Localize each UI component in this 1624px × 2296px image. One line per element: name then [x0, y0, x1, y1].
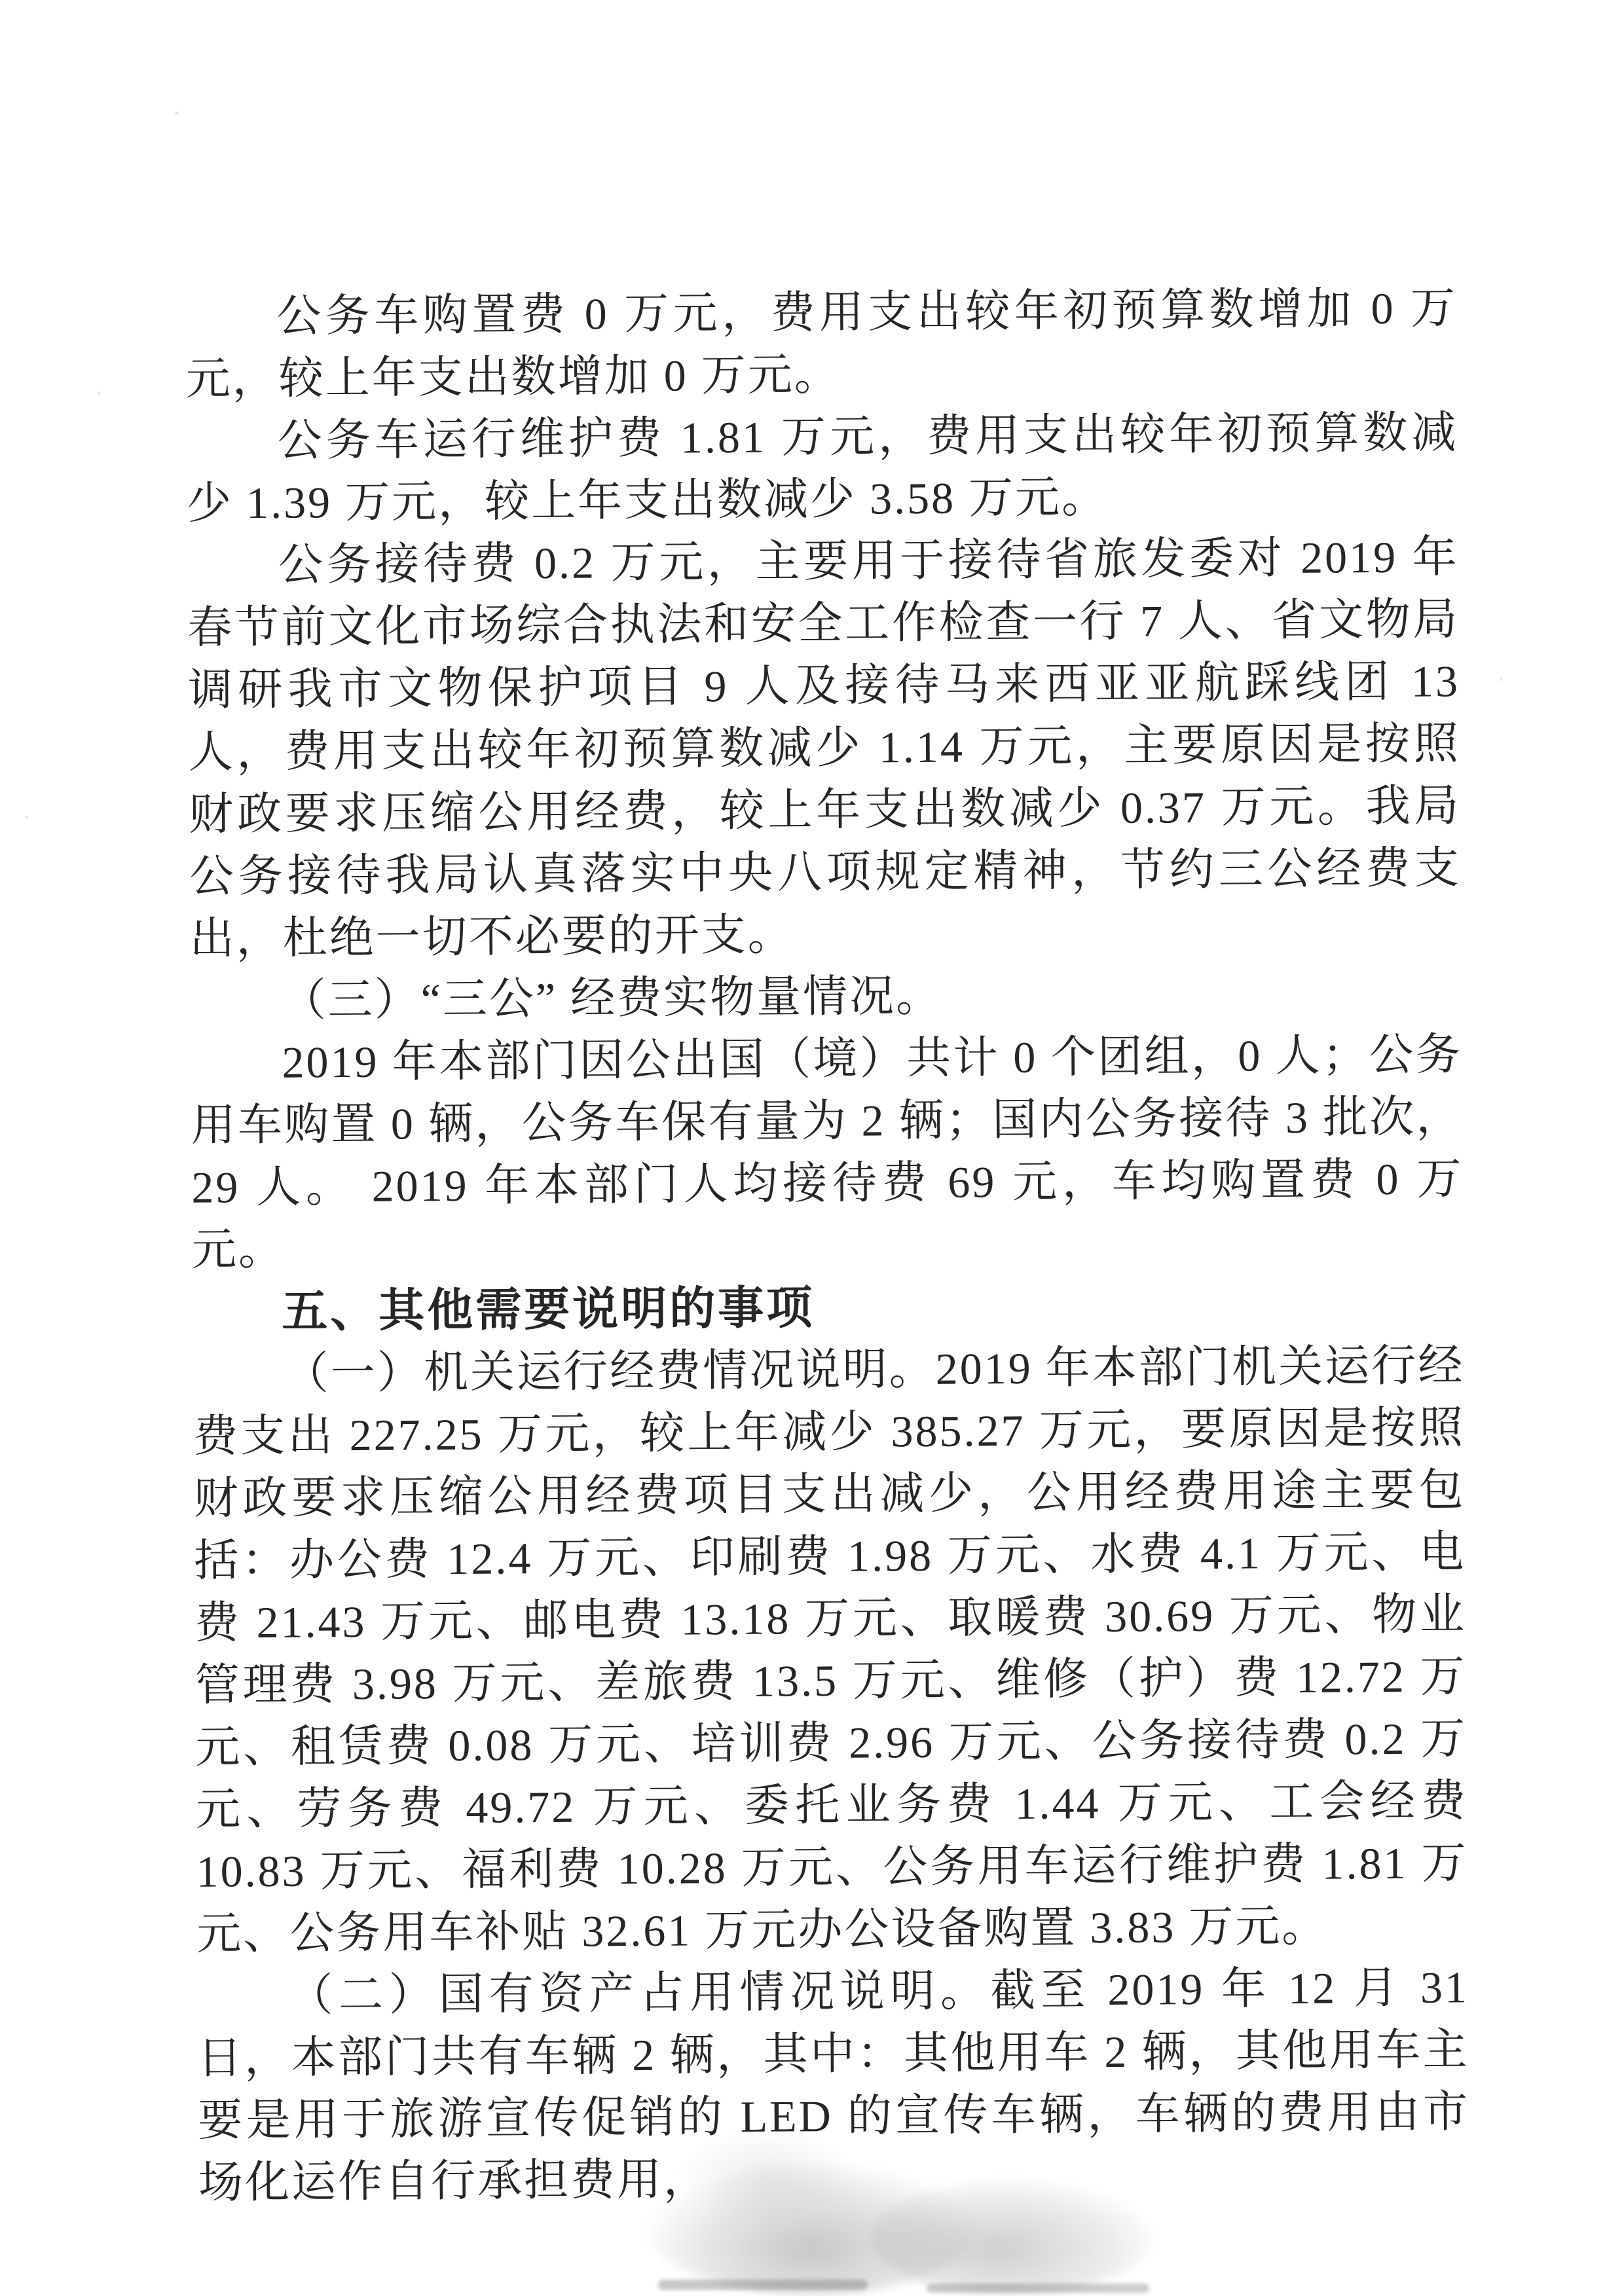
- paragraph-official-reception: 公务接待费 0.2 万元，主要用于接待省旅发委对 2019 年春节前文化市场综合…: [187, 526, 1462, 970]
- scan-speck: [175, 111, 178, 115]
- bottom-smudge-stain: [927, 2284, 1149, 2293]
- paragraph-official-car-purchase: 公务车购置费 0 万元，费用支出较年初预算数增加 0 万元，较上年支出数增加 0…: [185, 277, 1458, 410]
- section-heading-other-matters: 五、其他需要说明的事项: [192, 1272, 1464, 1343]
- document-page: 公务车购置费 0 万元，费用支出较年初预算数增加 0 万元，较上年支出数增加 0…: [0, 0, 1624, 2296]
- document-text-block: 公务车购置费 0 万元，费用支出较年初预算数增加 0 万元，较上年支出数增加 0…: [185, 277, 1471, 2214]
- scan-speck: [25, 816, 28, 819]
- scan-speck: [1500, 678, 1503, 681]
- bottom-smudge-stain: [658, 2280, 868, 2290]
- paragraph-2019-statistics: 2019 年本部门因公出国（境）共计 0 个团组，0 人；公务用车购置 0 辆，…: [191, 1023, 1464, 1281]
- paragraph-state-asset-occupancy: （二）国有资产占用情况说明。截至 2019 年 12 月 31 日，本部门共有车…: [197, 1956, 1471, 2214]
- paragraph-three-public-physical-quantity: （三）“三公” 经费实物量情况。: [190, 961, 1462, 1032]
- paragraph-official-car-maintenance: 公务车运行维护费 1.81 万元，费用支出较年初预算数减少 1.39 万元，较上…: [186, 401, 1458, 535]
- paragraph-agency-operating-expenses: （一）机关运行经费情况说明。2019 年本部门机关运行经费支出 227.25 万…: [193, 1334, 1469, 1965]
- scan-speck: [97, 392, 101, 395]
